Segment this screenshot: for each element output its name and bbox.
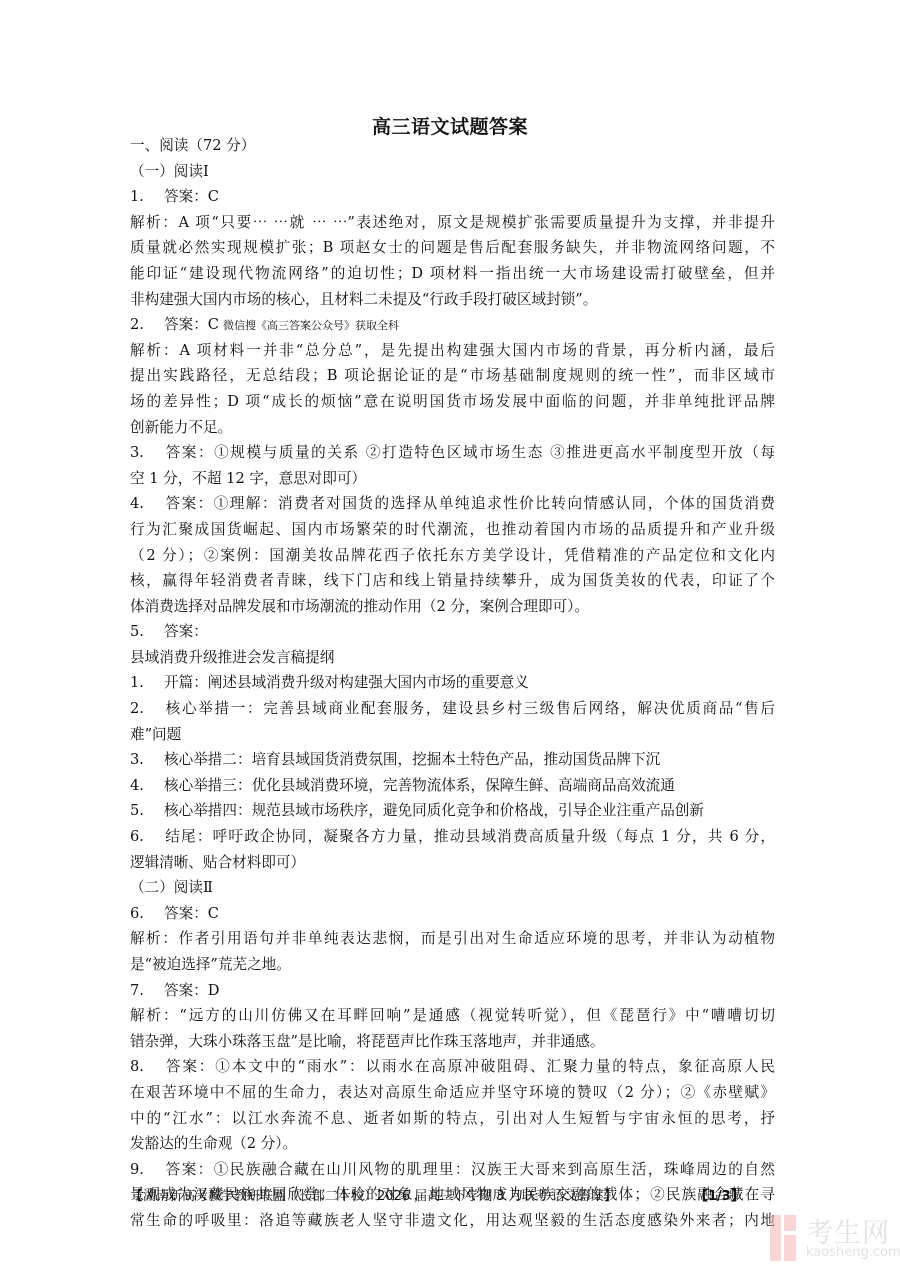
- text-line: 核，赢得年轻消费者青睐，线下门店和线上销量持续攀升，成为国货美妆的代表，印证了个: [130, 568, 775, 594]
- line-text: 答案：: [164, 623, 208, 640]
- line-text: 场的差异性；D 项“成长的烦恼”意在说明国货市场发展中面临的问题，并非单纯批评品…: [130, 393, 775, 410]
- line-text: 在艰苦环境中不屈的生命力，表达对高原生命适应并坚守环境的赞叹（2 分）；②《赤壁…: [130, 1084, 775, 1101]
- text-line: 6.结尾：呼吁政企协同，凝聚各方力量，推动县域消费高质量升级（每点 1 分，共 …: [130, 824, 775, 850]
- line-text: 发豁达的生命观（2 分）。: [130, 1135, 297, 1152]
- line-text: 答案：C: [164, 905, 219, 922]
- text-line: 在艰苦环境中不屈的生命力，表达对高原生命适应并坚守环境的赞叹（2 分）；②《赤壁…: [130, 1080, 775, 1106]
- line-text: 核心举措一：完善县域商业配套服务，建设县乡村三级售后网络，解决优质商品“售后: [164, 700, 775, 717]
- item-number: 4.: [130, 773, 164, 799]
- text-line: 5.答案：: [130, 619, 775, 645]
- line-text: 答案：①民族融合藏在山川风物的肌理里：汉族王大哥来到高原生活，珠峰周边的自然: [164, 1161, 775, 1178]
- text-line: 8.答案：①本文中的“雨水”：以雨水在高原冲破阻碍、汇聚力量的特点，象征高原人民: [130, 1054, 775, 1080]
- watermark-en: kaosheng.com: [806, 1245, 900, 1260]
- item-number: 3.: [130, 747, 164, 773]
- text-line: 3.答案：①规模与质量的关系 ②打造特色区域市场生态 ③推进更高水平制度型开放（…: [130, 440, 775, 466]
- text-line: 3.核心举措二：培育县域国货消费氛围，挖掘本土特色产品，推动国货品牌下沉: [130, 747, 775, 773]
- item-number: 6.: [130, 824, 164, 850]
- document-page: 高三语文试题答案 一、阅读（72 分）（一）阅读Ⅰ1.答案：C解析：A 项“只要…: [0, 0, 900, 1273]
- text-line: 7.答案：D: [130, 978, 775, 1004]
- item-number: 6.: [130, 901, 164, 927]
- line-text: 中的“江水”：以江水奔流不息、逝者如斯的特点，引出对人生短暂与宇宙永恒的思考，抒: [130, 1110, 775, 1127]
- text-line: 提出实践路径，无总结段；B 项论据论证的是“市场基础制度规则的统一性”，而非区域…: [130, 363, 775, 389]
- line-text: 结尾：呼吁政企协同，凝聚各方力量，推动县域消费高质量升级（每点 1 分，共 6 …: [164, 828, 775, 845]
- line-text: 创新能力不足。: [130, 419, 232, 436]
- kaosheng-logo-icon: [770, 1215, 798, 1261]
- line-text: 解析：作者引用语句并非单纯表达悲悯，而是引出对生命适应环境的思考，并非认为动植物: [130, 930, 775, 947]
- text-line: 中的“江水”：以江水奔流不息、逝者如斯的特点，引出对人生短暂与宇宙永恒的思考，抒: [130, 1106, 775, 1132]
- text-line: 1.答案：C: [130, 184, 775, 210]
- line-text: 答案：C: [164, 316, 219, 333]
- line-text: 答案：C: [164, 188, 219, 205]
- line-text: 核心举措三：优化县域消费环境，完善物流体系，保障生鲜、高端商品高效流通: [164, 777, 675, 794]
- line-text: 一、阅读（72 分）: [130, 137, 255, 154]
- text-line: 解析：A 项材料一并非“总分总”，是先提出构建强大国内市场的背景，再分析内涵，最…: [130, 338, 775, 364]
- watermark: 考生网 kaosheng.com: [768, 1215, 900, 1273]
- item-number: 4.: [130, 491, 164, 517]
- line-text: 质量就必然实现规模扩张；B 项赵女士的问题是售后配套服务缺失，并非物流网络问题，…: [130, 239, 775, 256]
- text-line: 非构建强大国内市场的核心，且材料二未提及“行政手段打破区域封锁”。: [130, 287, 775, 313]
- line-text: 核心举措四：规范县域市场秩序，避免同质化竞争和价格战，引导企业注重产品创新: [164, 802, 704, 819]
- text-line: 4.答案：①理解：消费者对国货的选择从单纯追求性价比转向情感认同，个体的国货消费: [130, 491, 775, 517]
- text-line: 质量就必然实现规模扩张；B 项赵女士的问题是售后配套服务缺失，并非物流网络问题，…: [130, 235, 775, 261]
- line-text: 核，赢得年轻消费者青睐，线下门店和线上销量持续攀升，成为国货美妆的代表，印证了个: [130, 572, 775, 589]
- item-number: 3.: [130, 440, 164, 466]
- item-number: 5.: [130, 619, 164, 645]
- line-text: 行为汇聚成国货崛起、国内市场繁荣的时代潮流，也推动着国内市场的品质提升和产业升级: [130, 521, 775, 538]
- line-text: （二）阅读Ⅱ: [130, 879, 213, 896]
- line-text: 非构建强大国内市场的核心，且材料二未提及“行政手段打破区域封锁”。: [130, 291, 597, 308]
- item-number: 2.: [130, 696, 164, 722]
- line-text: 解析：A 项材料一并非“总分总”，是先提出构建强大国内市场的背景，再分析内涵，最…: [130, 342, 775, 359]
- text-line: 5.核心举措四：规范县域市场秩序，避免同质化竞争和价格战，引导企业注重产品创新: [130, 798, 775, 824]
- text-line: 常生命的呼吸里：洛追等藏族老人坚守非遗文化，用达观坚毅的生活态度感染外来者；内地: [130, 1208, 775, 1234]
- text-line: 创新能力不足。: [130, 415, 775, 441]
- line-text: 答案：①规模与质量的关系 ②打造特色区域市场生态 ③推进更高水平制度型开放（每: [164, 444, 775, 461]
- line-text: （2 分）；②案例：国潮美妆品牌花西子依托东方美学设计，凭借精准的产品定位和文化…: [130, 547, 775, 564]
- text-line: 解析：A 项“只要⋯ ⋯就 ⋯ ⋯”表述绝对，原文是规模扩张需要质量提升为支撑，…: [130, 210, 775, 236]
- line-text: 答案：①本文中的“雨水”：以雨水在高原冲破阻碍、汇聚力量的特点，象征高原人民: [164, 1058, 775, 1075]
- line-text: 能印证“建设现代物流网络”的迫切性；D 项材料一指出统一大市场建设需打破壁垒，但…: [130, 265, 775, 282]
- line-text: （一）阅读Ⅰ: [130, 163, 209, 180]
- item-number: 5.: [130, 798, 164, 824]
- text-line: （一）阅读Ⅰ: [130, 159, 775, 185]
- text-line: 解析：“远方的山川仿佛又在耳畔回响”是通感（视觉转听觉），但《琵琶行》中“嘈嘈切…: [130, 1003, 775, 1029]
- line-text: 县域消费升级推进会发言稿提纲: [130, 649, 334, 666]
- line-text: 难”问题: [130, 726, 181, 743]
- line-text: 解析：“远方的山川仿佛又在耳畔回响”是通感（视觉转听觉），但《琵琶行》中“嘈嘈切…: [130, 1007, 775, 1024]
- text-line: 错杂弹，大珠小珠落玉盘”是比喻，将琵琶声比作珠玉落地声，并非通感。: [130, 1029, 775, 1055]
- text-line: 9.答案：①民族融合藏在山川风物的肌理里：汉族王大哥来到高原生活，珠峰周边的自然: [130, 1157, 775, 1183]
- answer-body: 一、阅读（72 分）（一）阅读Ⅰ1.答案：C解析：A 项“只要⋯ ⋯就 ⋯ ⋯”…: [130, 133, 775, 1234]
- text-line: 1.开篇：阐述县域消费升级对构建强大国内市场的重要意义: [130, 670, 775, 696]
- footer-source: 【湖南新高考教学教研联盟（长郡二十校）2026 届高三下学期 3 月联考·语文答…: [130, 1185, 617, 1204]
- text-line: 难”问题: [130, 722, 775, 748]
- text-line: （2 分）；②案例：国潮美妆品牌花西子依托东方美学设计，凭借精准的产品定位和文化…: [130, 543, 775, 569]
- item-number: 9.: [130, 1157, 164, 1183]
- text-line: 场的差异性；D 项“成长的烦恼”意在说明国货市场发展中面临的问题，并非单纯批评品…: [130, 389, 775, 415]
- text-line: 解析：作者引用语句并非单纯表达悲悯，而是引出对生命适应环境的思考，并非认为动植物: [130, 926, 775, 952]
- text-line: 逻辑清晰、贴合材料即可）: [130, 850, 775, 876]
- text-line: 一、阅读（72 分）: [130, 133, 775, 159]
- line-text: 是“被迫选择”荒芜之地。: [130, 956, 291, 973]
- text-line: 4.核心举措三：优化县域消费环境，完善物流体系，保障生鲜、高端商品高效流通: [130, 773, 775, 799]
- text-line: 2.核心举措一：完善县域商业配套服务，建设县乡村三级售后网络，解决优质商品“售后: [130, 696, 775, 722]
- text-line: 6.答案：C: [130, 901, 775, 927]
- promo-note: 微信搜《高三答案公众号》获取全科: [223, 319, 399, 332]
- text-line: 县域消费升级推进会发言稿提纲: [130, 645, 775, 671]
- line-text: 常生命的呼吸里：洛追等藏族老人坚守非遗文化，用达观坚毅的生活态度感染外来者；内地: [130, 1212, 775, 1229]
- item-number: 1.: [130, 184, 164, 210]
- line-text: 开篇：阐述县域消费升级对构建强大国内市场的重要意义: [164, 674, 529, 691]
- item-number: 7.: [130, 978, 164, 1004]
- text-line: 能印证“建设现代物流网络”的迫切性；D 项材料一指出统一大市场建设需打破壁垒，但…: [130, 261, 775, 287]
- line-text: 答案：D: [164, 982, 219, 999]
- text-line: （二）阅读Ⅱ: [130, 875, 775, 901]
- line-text: 答案：①理解：消费者对国货的选择从单纯追求性价比转向情感认同，个体的国货消费: [164, 495, 775, 512]
- item-number: 2.: [130, 312, 164, 338]
- line-text: 解析：A 项“只要⋯ ⋯就 ⋯ ⋯”表述绝对，原文是规模扩张需要质量提升为支撑，…: [130, 214, 775, 231]
- text-line: 发豁达的生命观（2 分）。: [130, 1131, 775, 1157]
- line-text: 逻辑清晰、贴合材料即可）: [130, 854, 305, 871]
- text-line: 是“被迫选择”荒芜之地。: [130, 952, 775, 978]
- item-number: 8.: [130, 1054, 164, 1080]
- line-text: 错杂弹，大珠小珠落玉盘”是比喻，将琵琶声比作珠玉落地声，并非通感。: [130, 1033, 604, 1050]
- item-number: 1.: [130, 670, 164, 696]
- text-line: 行为汇聚成国货崛起、国内市场繁荣的时代潮流，也推动着国内市场的品质提升和产业升级: [130, 517, 775, 543]
- page-number: 【1/3】: [695, 1185, 744, 1204]
- line-text: 核心举措二：培育县域国货消费氛围，挖掘本土特色产品，推动国货品牌下沉: [164, 751, 660, 768]
- line-text: 体消费选择对品牌发展和市场潮流的推动作用（2 分，案例合理即可）。: [130, 598, 589, 615]
- line-text: 提出实践路径，无总结段；B 项论据论证的是“市场基础制度规则的统一性”，而非区域…: [130, 367, 775, 384]
- text-line: 2.答案：C微信搜《高三答案公众号》获取全科: [130, 312, 775, 338]
- text-line: 体消费选择对品牌发展和市场潮流的推动作用（2 分，案例合理即可）。: [130, 594, 775, 620]
- text-line: 空 1 分，不超 12 字，意思对即可）: [130, 466, 775, 492]
- line-text: 空 1 分，不超 12 字，意思对即可）: [130, 470, 366, 487]
